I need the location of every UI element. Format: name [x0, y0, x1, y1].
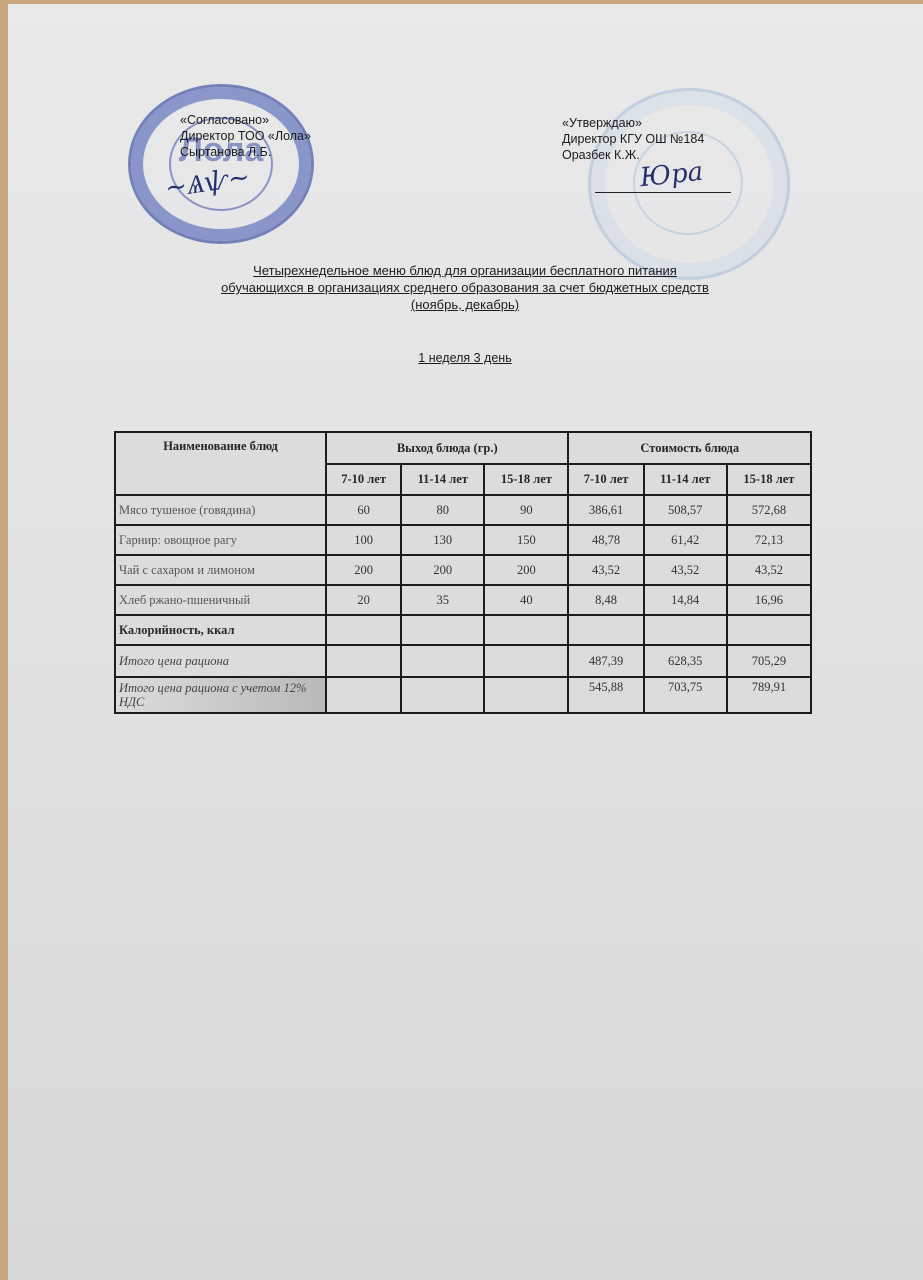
menu-table: Наименование блюд Выход блюда (гр.) Стои… [114, 431, 812, 714]
vat-total-row: Итого цена рациона с учетом 12% НДС 545,… [115, 677, 811, 713]
calories-cell [484, 615, 568, 645]
dish-cost: 61,42 [644, 525, 727, 555]
calories-cell [644, 615, 727, 645]
dish-yield: 100 [326, 525, 401, 555]
dish-cost: 8,48 [568, 585, 643, 615]
header-yield-age: 11-14 лет [401, 464, 484, 495]
dish-cost: 572,68 [727, 495, 811, 525]
header-yield-age: 7-10 лет [326, 464, 401, 495]
approval-agreed-position: Директор ТОО «Лола» [180, 128, 311, 144]
vat-empty-cell [484, 677, 568, 713]
vat-cost-cell: 703,75 [644, 677, 727, 713]
dish-row: Гарнир: овощное рагу10013015048,7861,427… [115, 525, 811, 555]
approval-approved-position: Директор КГУ ОШ №184 [562, 131, 704, 147]
dish-yield: 60 [326, 495, 401, 525]
dish-name: Гарнир: овощное рагу [115, 525, 326, 555]
week-day-label: 1 неделя 3 день [120, 351, 810, 365]
dish-name: Чай с сахаром и лимоном [115, 555, 326, 585]
total-cost-cell: 705,29 [727, 645, 811, 677]
dish-cost: 14,84 [644, 585, 727, 615]
dish-yield: 130 [401, 525, 484, 555]
header-dish-name: Наименование блюд [115, 432, 326, 495]
approval-approved-label: «Утверждаю» [562, 115, 704, 131]
signature-line [595, 192, 731, 193]
vat-cost-cell: 789,91 [727, 677, 811, 713]
calories-cell [727, 615, 811, 645]
dish-yield: 150 [484, 525, 568, 555]
calories-cell [568, 615, 643, 645]
total-empty-cell [401, 645, 484, 677]
calories-row: Калорийность, ккал [115, 615, 811, 645]
dish-row: Чай с сахаром и лимоном20020020043,5243,… [115, 555, 811, 585]
document-title: Четырехнедельное меню блюд для организац… [120, 262, 810, 313]
dish-cost: 72,13 [727, 525, 811, 555]
dish-yield: 40 [484, 585, 568, 615]
dish-cost: 43,52 [568, 555, 643, 585]
approval-agreed-block: «Согласовано» Директор ТОО «Лола» Сыртан… [180, 112, 311, 160]
header-yield-age: 15-18 лет [484, 464, 568, 495]
dish-name: Мясо тушеное (говядина) [115, 495, 326, 525]
dish-row: Хлеб ржано-пшеничный2035408,4814,8416,96 [115, 585, 811, 615]
vat-empty-cell [401, 677, 484, 713]
approval-agreed-label: «Согласовано» [180, 112, 311, 128]
dish-yield: 200 [326, 555, 401, 585]
header-yield-group: Выход блюда (гр.) [326, 432, 568, 464]
total-empty-cell [484, 645, 568, 677]
dish-cost: 43,52 [727, 555, 811, 585]
total-label: Итого цена рациона [115, 645, 326, 677]
title-line-3: (ноябрь, декабрь) [120, 296, 810, 313]
header-cost-age: 7-10 лет [568, 464, 643, 495]
dish-cost: 48,78 [568, 525, 643, 555]
dish-yield: 200 [401, 555, 484, 585]
dish-cost: 508,57 [644, 495, 727, 525]
dish-yield: 90 [484, 495, 568, 525]
dish-name: Хлеб ржано-пшеничный [115, 585, 326, 615]
dish-yield: 200 [484, 555, 568, 585]
total-cost-cell: 628,35 [644, 645, 727, 677]
title-line-1: Четырехнедельное меню блюд для организац… [120, 262, 810, 279]
header-cost-group: Стоимость блюда [568, 432, 811, 464]
dish-yield: 80 [401, 495, 484, 525]
header-cost-age: 11-14 лет [644, 464, 727, 495]
dish-yield: 35 [401, 585, 484, 615]
vat-total-label: Итого цена рациона с учетом 12% НДС [115, 677, 326, 713]
dish-cost: 43,52 [644, 555, 727, 585]
dish-yield: 20 [326, 585, 401, 615]
header-cost-age: 15-18 лет [727, 464, 811, 495]
calories-cell [326, 615, 401, 645]
dish-cost: 386,61 [568, 495, 643, 525]
title-line-2: обучающихся в организациях среднего обра… [120, 279, 810, 296]
approval-agreed-name: Сыртанова Л.Б. [180, 144, 311, 160]
vat-cost-cell: 545,88 [568, 677, 643, 713]
company-stamp: Лола [128, 84, 314, 244]
calories-cell [401, 615, 484, 645]
total-empty-cell [326, 645, 401, 677]
dish-row: Мясо тушеное (говядина)608090386,61508,5… [115, 495, 811, 525]
total-row: Итого цена рациона 487,39 628,35 705,29 [115, 645, 811, 677]
vat-empty-cell [326, 677, 401, 713]
calories-label: Калорийность, ккал [115, 615, 326, 645]
approval-approved-block: «Утверждаю» Директор КГУ ОШ №184 Оразбек… [562, 115, 704, 163]
total-cost-cell: 487,39 [568, 645, 643, 677]
dish-cost: 16,96 [727, 585, 811, 615]
